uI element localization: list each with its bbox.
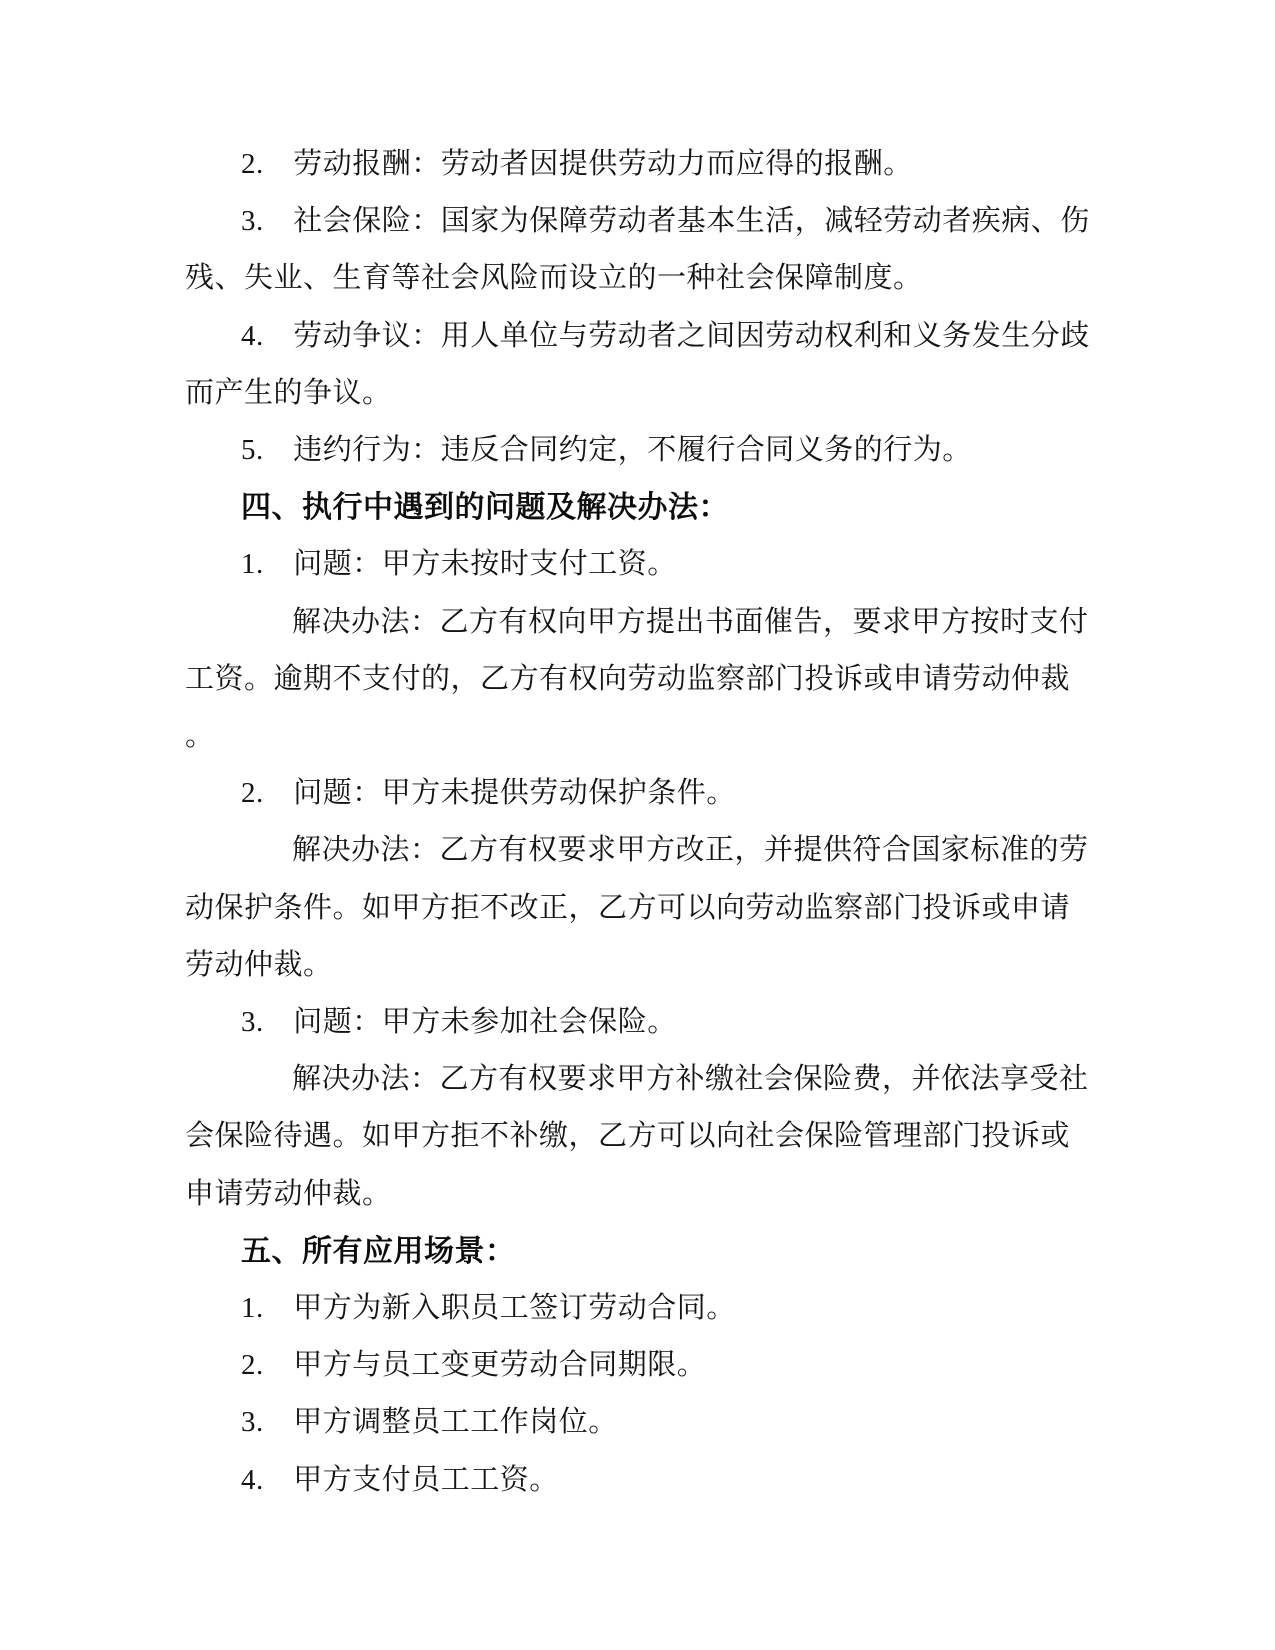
- document-line: 2. 劳动报酬：劳动者因提供劳动力而应得的报酬。: [185, 136, 1090, 193]
- document-line: 解决办法：乙方有权向甲方提出书面催告，要求甲方按时支付: [185, 594, 1090, 651]
- document-line: 申请劳动仲裁。: [185, 1166, 1090, 1223]
- document-line: 3. 社会保险：国家为保障劳动者基本生活，减轻劳动者疾病、伤: [185, 193, 1090, 250]
- document-line: 1. 问题：甲方未按时支付工资。: [185, 536, 1090, 593]
- document-line: 2. 甲方与员工变更劳动合同期限。: [185, 1337, 1090, 1394]
- document-line: 残、失业、生育等社会风险而设立的一种社会保障制度。: [185, 250, 1090, 307]
- section-heading: 四、执行中遇到的问题及解决办法：: [185, 479, 1090, 536]
- document-line: 而产生的争议。: [185, 365, 1090, 422]
- document-line: 1. 甲方为新入职员工签订劳动合同。: [185, 1280, 1090, 1337]
- document-line: 3. 甲方调整员工工作岗位。: [185, 1394, 1090, 1451]
- document-line: 5. 违约行为：违反合同约定，不履行合同义务的行为。: [185, 422, 1090, 479]
- document-page: 2. 劳动报酬：劳动者因提供劳动力而应得的报酬。3. 社会保险：国家为保障劳动者…: [0, 0, 1275, 1650]
- document-line: 劳动仲裁。: [185, 937, 1090, 994]
- document-line: 2. 问题：甲方未提供劳动保护条件。: [185, 765, 1090, 822]
- document-line: 工资。逾期不支付的，乙方有权向劳动监察部门投诉或申请劳动仲裁: [185, 651, 1090, 708]
- document-line: 3. 问题：甲方未参加社会保险。: [185, 994, 1090, 1051]
- document-line: 4. 甲方支付员工工资。: [185, 1452, 1090, 1509]
- document-line: 会保险待遇。如甲方拒不补缴，乙方可以向社会保险管理部门投诉或: [185, 1108, 1090, 1165]
- document-line: 解决办法：乙方有权要求甲方改正，并提供符合国家标准的劳: [185, 822, 1090, 879]
- document-line: 。: [185, 708, 1090, 765]
- document-line: 4. 劳动争议：用人单位与劳动者之间因劳动权利和义务发生分歧: [185, 308, 1090, 365]
- document-content: 2. 劳动报酬：劳动者因提供劳动力而应得的报酬。3. 社会保险：国家为保障劳动者…: [185, 136, 1090, 1509]
- section-heading: 五、所有应用场景：: [185, 1223, 1090, 1280]
- document-line: 动保护条件。如甲方拒不改正，乙方可以向劳动监察部门投诉或申请: [185, 880, 1090, 937]
- document-line: 解决办法：乙方有权要求甲方补缴社会保险费，并依法享受社: [185, 1051, 1090, 1108]
